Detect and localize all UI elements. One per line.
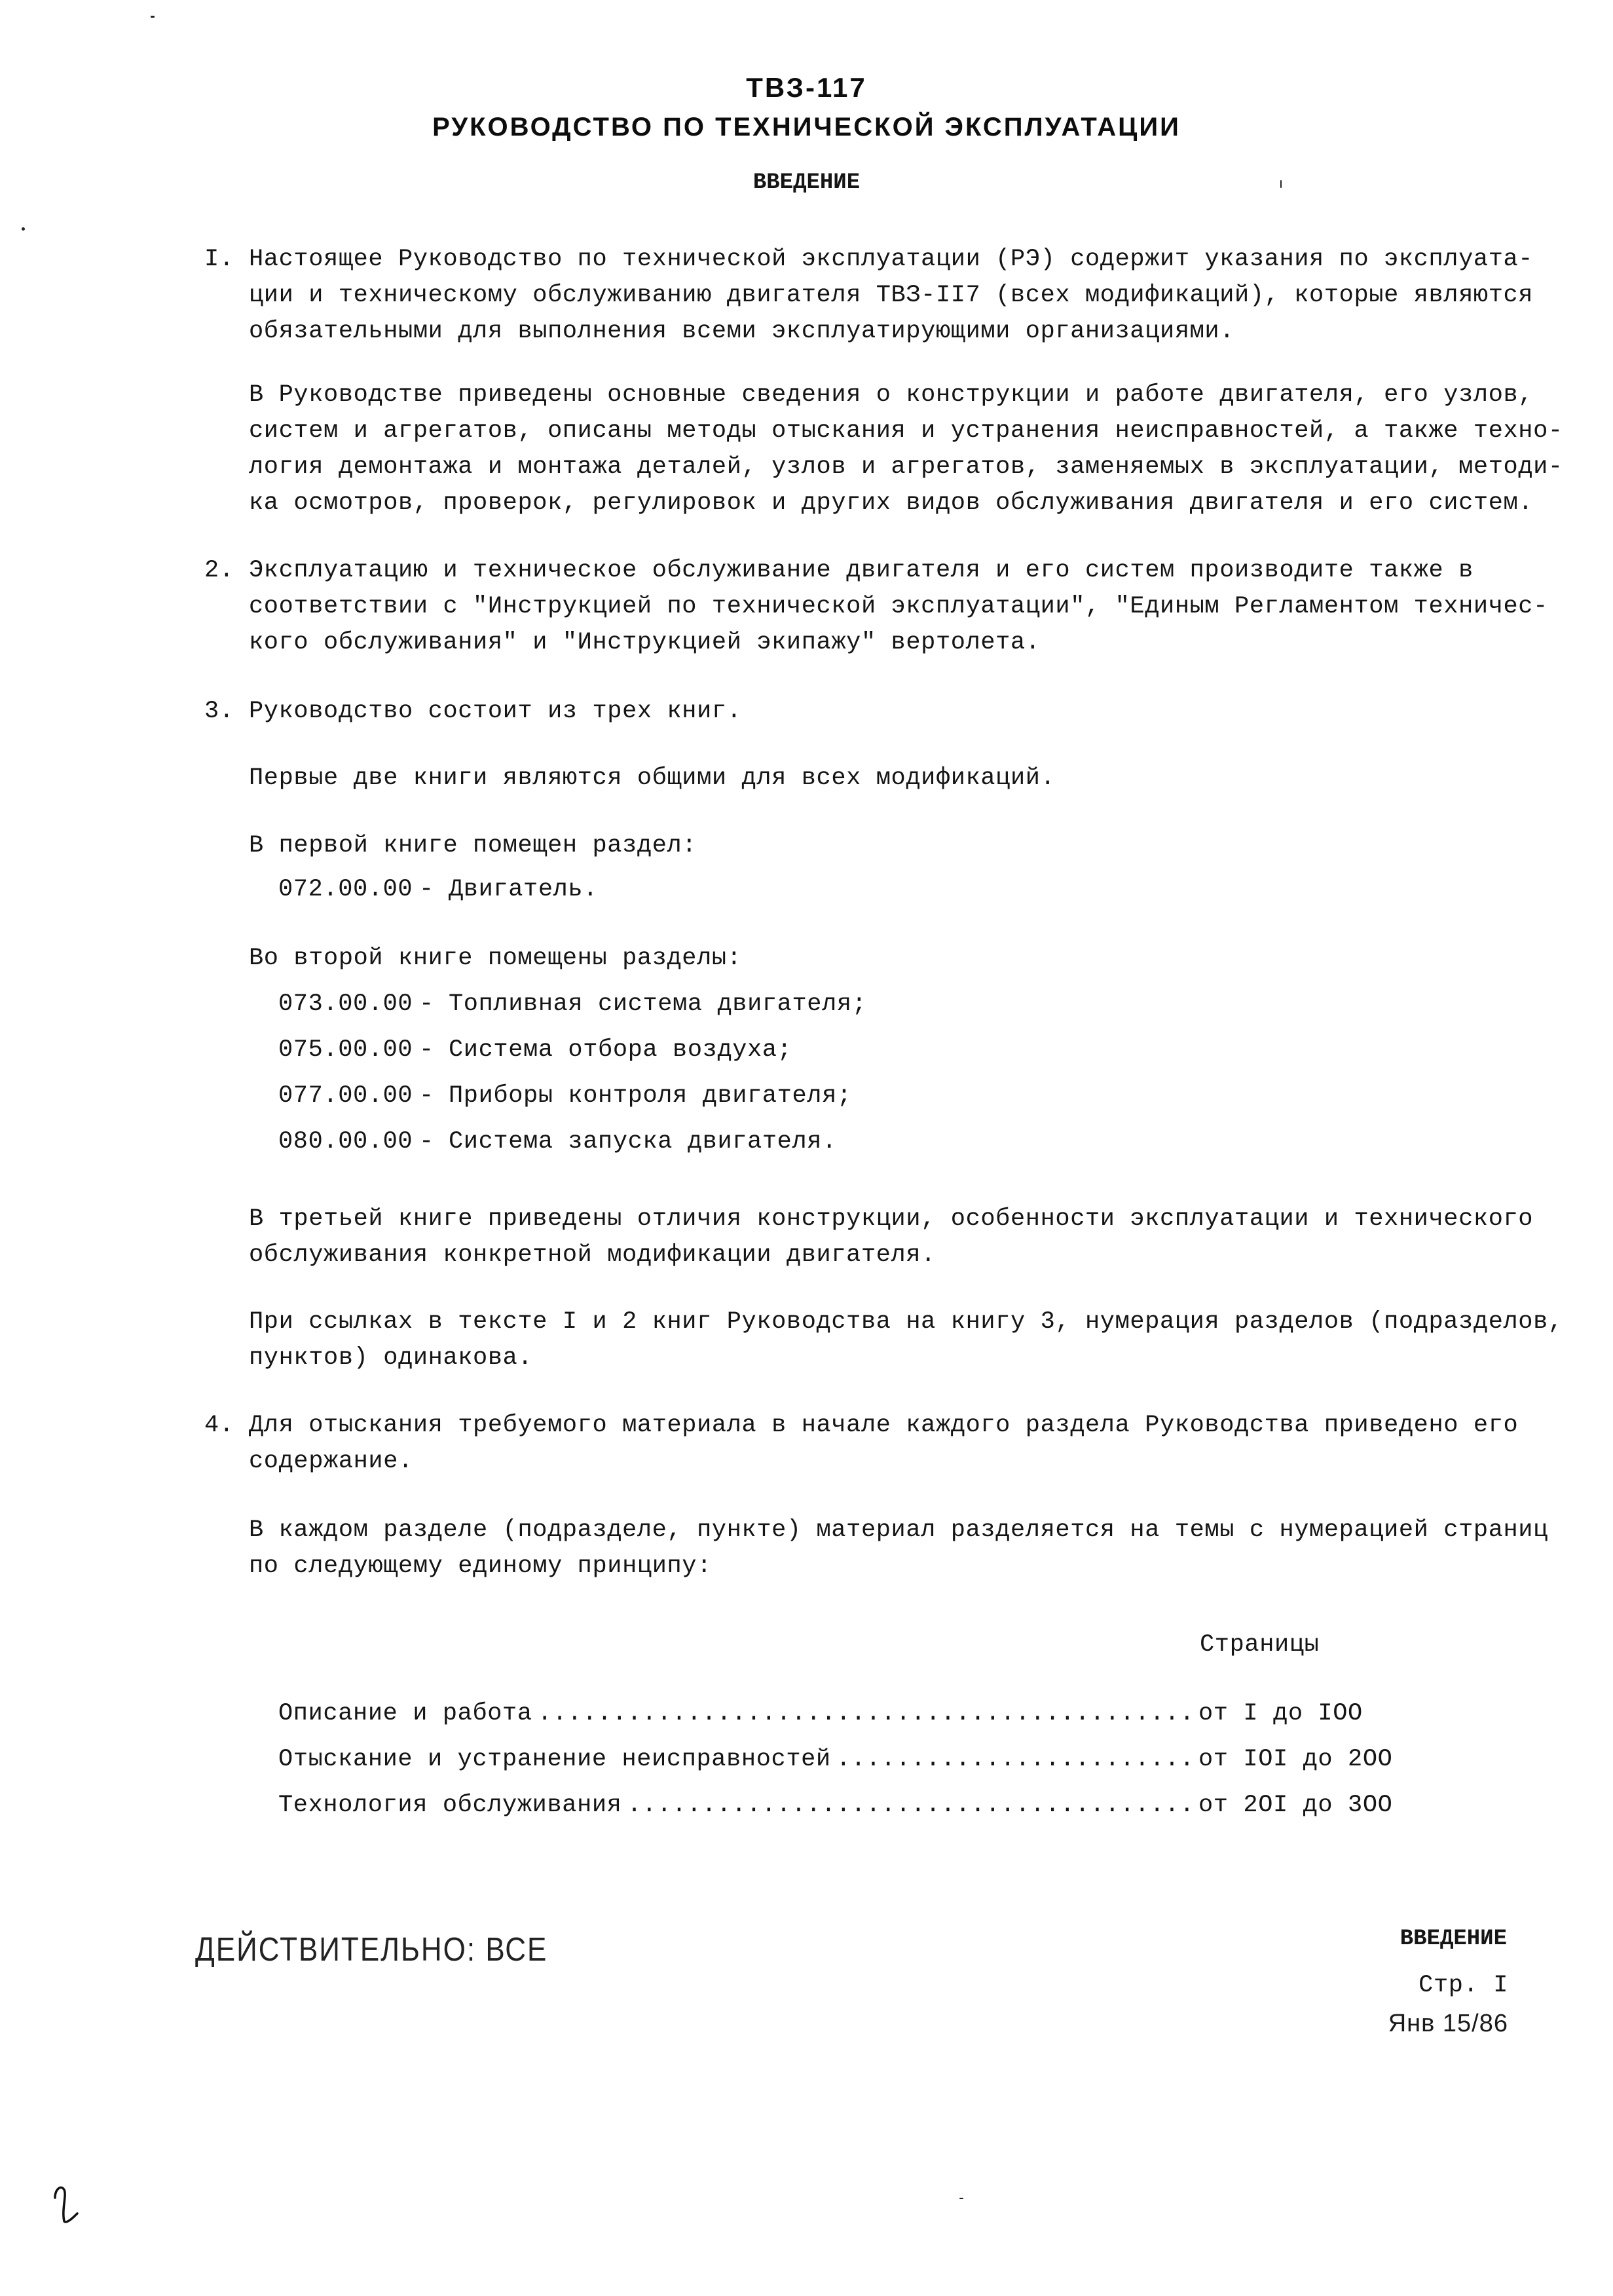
page-table-range: от I до IOO — [1198, 1702, 1385, 1726]
scan-speck — [151, 16, 155, 18]
paragraph-line: Во второй книге помещены разделы: — [249, 947, 742, 971]
page-table-topic: Технология обслуживания — [278, 1794, 621, 1818]
document-title: РУКОВОДСТВО ПО ТЕХНИЧЕСКОЙ ЭКСПЛУАТАЦИИ — [0, 113, 1613, 142]
paragraph-line: Руководство состоит из трех книг. — [249, 700, 742, 724]
scan-speck — [959, 2198, 963, 2199]
page-table-range: от IOI до 2OO — [1198, 1748, 1385, 1772]
footer-page: Стр. I — [1418, 1974, 1508, 1998]
page-table-row: Технология обслуживания ................… — [278, 1794, 1385, 1818]
leader-dots: ........................................… — [836, 1748, 1193, 1772]
page-table-topic: Описание и работа — [278, 1702, 532, 1726]
section-code: 080.00.00 — [278, 1130, 413, 1154]
section-title: ВВЕДЕНИЕ — [0, 172, 1613, 194]
page-table-topic: Отыскание и устранение неисправностей — [278, 1748, 831, 1772]
section-dash: - — [419, 878, 434, 902]
paragraph-line: В каждом разделе (подразделе, пункте) ма… — [249, 1518, 1548, 1543]
paragraph-line: соответствии с "Инструкцией по техническ… — [249, 595, 1548, 619]
paragraph-line: пунктов) одинакова. — [249, 1346, 532, 1370]
paragraph-line: содержание. — [249, 1450, 413, 1474]
scan-speck — [22, 227, 25, 231]
page-table-header: Страницы — [1200, 1633, 1319, 1657]
paragraph-line: При ссылках в тексте I и 2 книг Руководс… — [249, 1310, 1563, 1334]
page-table-row: Отыскание и устранение неисправностей ..… — [278, 1748, 1385, 1772]
leader-dots: ........................................… — [538, 1702, 1193, 1726]
paragraph-number: I. — [204, 248, 234, 272]
page-table-range: от 2OI до 3OO — [1198, 1794, 1385, 1818]
section-dash: - — [419, 992, 434, 1017]
document-page: ТВЗ-117 РУКОВОДСТВО ПО ТЕХНИЧЕСКОЙ ЭКСПЛ… — [0, 0, 1613, 2296]
paragraph-line: Настоящее Руководство по технической экс… — [249, 248, 1533, 272]
paragraph-line: Для отыскания требуемого материала в нач… — [249, 1414, 1518, 1438]
section-code: 072.00.00 — [278, 878, 413, 902]
document-code: ТВЗ-117 — [0, 72, 1613, 104]
leader-dots: ........................................… — [627, 1794, 1193, 1818]
page-table-row: Описание и работа ......................… — [278, 1702, 1385, 1726]
paragraph-line: систем и агрегатов, описаны методы отыск… — [249, 419, 1563, 443]
section-name: Система запуска двигателя. — [449, 1130, 837, 1154]
handwritten-mark-icon — [50, 2183, 89, 2236]
paragraph-number: 4. — [204, 1414, 234, 1438]
footer-date: Янв 15/86 — [1388, 2010, 1508, 2038]
section-name: Двигатель. — [449, 878, 598, 902]
footer-section: ВВЕДЕНИЕ — [1400, 1928, 1507, 1950]
paragraph-line: по следующему единому принципу: — [249, 1554, 712, 1579]
effectivity-label: ДЕЙСТВИТЕЛЬНО: ВСЕ — [195, 1931, 547, 1969]
paragraph-line: обязательными для выполнения всеми экспл… — [249, 320, 1234, 344]
section-dash: - — [419, 1084, 434, 1108]
section-dash: - — [419, 1038, 434, 1063]
section-code: 075.00.00 — [278, 1038, 413, 1063]
paragraph-line: логия демонтажа и монтажа деталей, узлов… — [249, 455, 1563, 480]
paragraph-line: В Руководстве приведены основные сведени… — [249, 383, 1533, 407]
paragraph-line: В третьей книге приведены отличия констр… — [249, 1207, 1533, 1232]
paragraph-line: обслуживания конкретной модификации двиг… — [249, 1243, 936, 1268]
paragraph-number: 2. — [204, 559, 234, 583]
paragraph-number: 3. — [204, 700, 234, 724]
paragraph-line: Эксплуатацию и техническое обслуживание … — [249, 559, 1474, 583]
paragraph-line: ка осмотров, проверок, регулировок и дру… — [249, 491, 1533, 516]
section-code: 077.00.00 — [278, 1084, 413, 1108]
paragraph-line: В первой книге помещен раздел: — [249, 834, 697, 858]
paragraph-line: Первые две книги являются общими для все… — [249, 766, 1055, 791]
section-name: Топливная система двигателя; — [449, 992, 867, 1017]
section-name: Приборы контроля двигателя; — [449, 1084, 852, 1108]
section-code: 073.00.00 — [278, 992, 413, 1017]
paragraph-line: ции и техническому обслуживанию двигател… — [249, 284, 1533, 308]
section-dash: - — [419, 1130, 434, 1154]
handwritten-page-mark — [39, 2172, 79, 2224]
paragraph-line: кого обслуживания" и "Инструкцией экипаж… — [249, 631, 1041, 655]
section-name: Система отбора воздуха; — [449, 1038, 792, 1063]
